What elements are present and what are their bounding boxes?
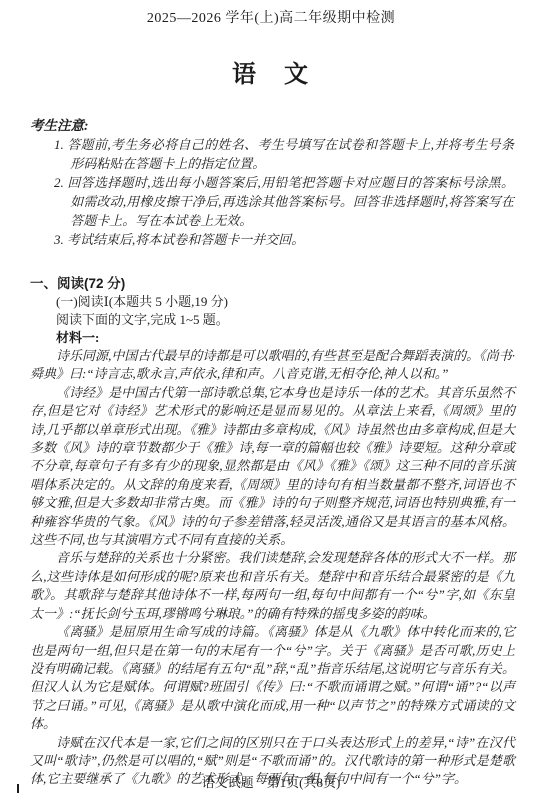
notice-item: 3. 考试结束后,将本试卷和答题卡一并交回。 bbox=[54, 230, 514, 249]
print-registration-mark bbox=[17, 784, 19, 793]
notice-item: 1. 答题前,考生务必将自己的姓名、考生号填写在试卷和答题卡上,并将考生号条形码… bbox=[54, 135, 514, 173]
notice-item: 2. 回答选择题时,选出每小题答案后,用铅笔把答题卡对应题目的答案标号涂黑。如需… bbox=[54, 173, 514, 230]
subsection-heading: (一)阅读Ⅰ(本题共 5 小题,19 分) bbox=[30, 293, 515, 311]
exam-session-title: 2025—2026 学年(上)高二年级期中检测 bbox=[0, 0, 542, 27]
notice-list: 1. 答题前,考生务必将自己的姓名、考生号填写在试卷和答题卡上,并将考生号条形码… bbox=[54, 135, 514, 249]
reading-section: 一、阅读(72 分) (一)阅读Ⅰ(本题共 5 小题,19 分) 阅读下面的文字… bbox=[30, 275, 515, 789]
material-label: 材料一: bbox=[30, 329, 515, 347]
notice-heading: 考生注意: bbox=[30, 116, 514, 135]
candidate-notice: 考生注意: 1. 答题前,考生务必将自己的姓名、考生号填写在试卷和答题卡上,并将… bbox=[30, 116, 514, 249]
page-footer: 语文试题 第1页(共8页) bbox=[0, 772, 542, 791]
reading-instruction: 阅读下面的文字,完成 1~5 题。 bbox=[30, 311, 515, 329]
exam-header: 2025—2026 学年(上)高二年级期中检测 语 文 bbox=[0, 0, 542, 89]
material-paragraph: 诗乐同源,中国古代最早的诗都是可以歌唱的,有些甚至是配合舞蹈表演的。《尚书·舜典… bbox=[30, 347, 515, 384]
material-body: 诗乐同源,中国古代最早的诗都是可以歌唱的,有些甚至是配合舞蹈表演的。《尚书·舜典… bbox=[30, 347, 515, 789]
exam-subject-title: 语 文 bbox=[0, 54, 542, 89]
material-paragraph: 音乐与楚辞的关系也十分紧密。我们读楚辞,会发现楚辞各体的形式大不一样。那么,这些… bbox=[30, 549, 515, 623]
section-heading: 一、阅读(72 分) bbox=[30, 275, 515, 293]
material-paragraph: 《诗经》是中国古代第一部诗歌总集,它本身也是诗乐一体的艺术。其音乐虽然不存,但是… bbox=[30, 384, 515, 550]
material-paragraph: 《离骚》是屈原用生命写成的诗篇。《离骚》体是从《九歌》体中转化而来的,它也是两句… bbox=[30, 623, 515, 733]
exam-paper-page: 2025—2026 学年(上)高二年级期中检测 语 文 考生注意: 1. 答题前… bbox=[0, 0, 542, 803]
footer-page-label: 语文试题 第1页(共8页) bbox=[202, 775, 341, 790]
